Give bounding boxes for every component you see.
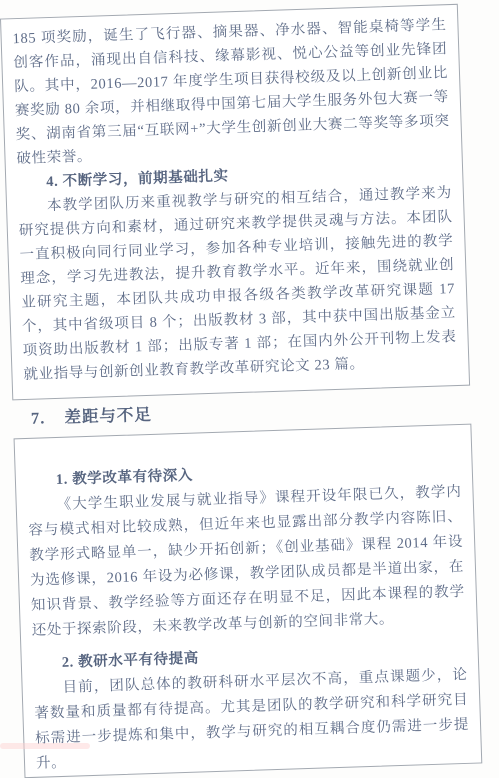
- paragraph-research-level: 目前，团队总体的教研科研水平层次不高，重点课题少，论著数量和质量都有待提高。尤其…: [33, 663, 470, 767]
- scanned-page: 185 项奖励，诞生了飞行器、摘果器、净水器、智能桌椅等学生创客作品，涌现出自信…: [0, 0, 482, 767]
- paragraph-awards-continuation: 185 项奖励，诞生了飞行器、摘果器、净水器、智能桌椅等学生创客作品，涌现出自信…: [12, 13, 450, 171]
- paragraph-teaching-reform: 《大学生职业发展与就业指导》课程开设年限已久，教学内容与模式相对比较成熟，但近年…: [27, 480, 466, 644]
- section-number: 7.: [31, 408, 46, 427]
- table-cell-achievements: 185 项奖励，诞生了飞行器、摘果器、净水器、智能桌椅等学生创客作品，涌现出自信…: [0, 4, 470, 401]
- paragraph-research-foundation: 本教学团队历来重视教学与研究的相互结合，通过教学来为研究提供方向和素材，通过研究…: [18, 181, 458, 387]
- table-cell-gaps-content: 1. 教学改革有待深入 《大学生职业发展与就业指导》课程开设年限已久，教学内容与…: [14, 424, 483, 767]
- section-title: 差距与不足: [64, 405, 152, 427]
- scan-edge-artifact: [0, 743, 90, 749]
